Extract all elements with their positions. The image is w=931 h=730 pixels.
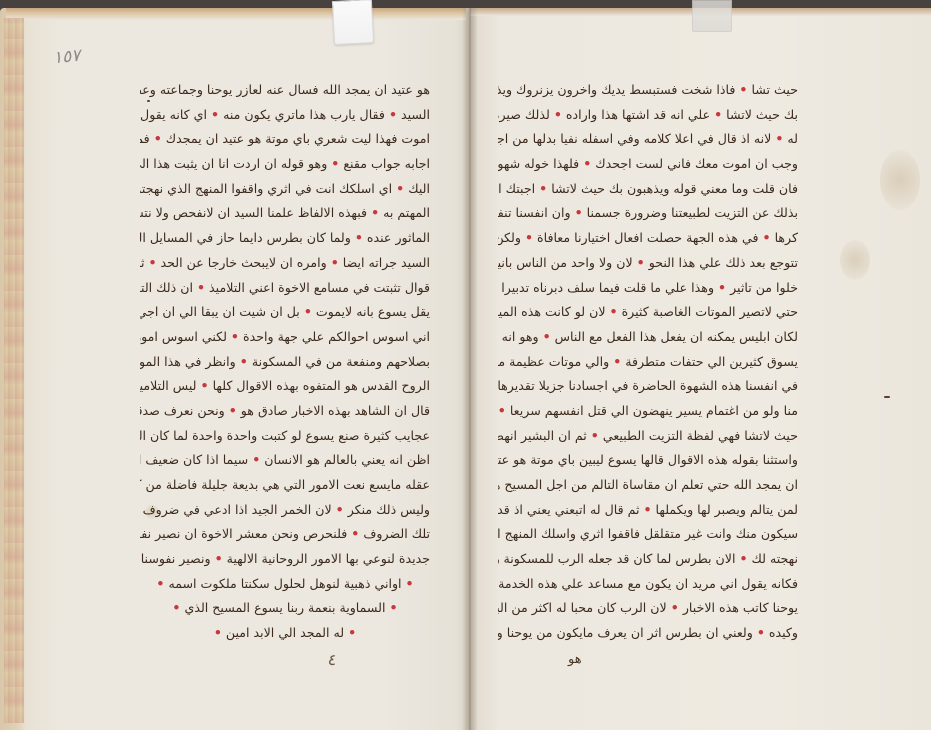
rubric-dot: • [763, 230, 771, 245]
manuscript-line: حتي لاتصير الموتات الغاصبة كثيرة • لان ل… [498, 300, 798, 325]
manuscript-line: له • لانه اذ قال في اعلا كلامه وفي اسفله… [498, 127, 798, 152]
manuscript-line: حيث تشا • فاذا شخت فستبسط يديك واخرون يز… [498, 78, 798, 103]
page-clip-secondary [692, 0, 732, 32]
manuscript-line: هو عتيد ان يمجد الله فسال عنه لعازر يوحن… [140, 78, 430, 103]
rubric-dot: • [154, 131, 162, 146]
manuscript-line: لكان ابليس يمكنه ان يفعل هذا الفعل مع ال… [498, 325, 798, 350]
manuscript-line: كرها • في هذه الجهة حصلت افعال اختيارنا … [498, 226, 798, 251]
rubric-dot: • [240, 354, 248, 369]
manuscript-line: منا ولو من اغتمام يسير ينهضون الي قتل ان… [498, 399, 798, 424]
rubric-dot: • [214, 625, 222, 640]
rubric-dot: • [643, 502, 651, 517]
manuscript-line: تتوجع بعد ذلك علي هذا النحو • لان ولا وا… [498, 251, 798, 276]
manuscript-line: اظن انه يعني بالعالم هو الانسان • سيما ا… [140, 448, 430, 473]
rubric-dot: • [396, 181, 404, 196]
manuscript-line: حيث لاتشا فهي لفظة التزيت الطبيعي • ثم ا… [498, 424, 798, 449]
rubric-dot: • [543, 329, 551, 344]
rubric-dot: • [390, 600, 398, 615]
rubric-dot: • [371, 205, 379, 220]
ink-speck [884, 396, 890, 398]
rubric-dot: • [757, 625, 765, 640]
manuscript-line: واستثنا بقوله هذه الاقوال قالها يسوع ليب… [498, 448, 798, 473]
manuscript-line: الروح القدس هو المتفوه بهذه الاقوال كلها… [140, 374, 430, 399]
left-page-text: هو عتيد ان يمجد الله فسال عنه لعازر يوحن… [140, 78, 430, 646]
manuscript-line: عجايب كثيرة صنع يسوع لو كتبت واحدة واحدة… [140, 424, 430, 449]
manuscript-line: اموت فهذا ليت شعري باي موتة هو عتيد ان ي… [140, 127, 430, 152]
rubric-dot: • [355, 230, 363, 245]
manuscript-line: يوحنا كاتب هذه الاخبار • لان الرب كان مح… [498, 596, 798, 621]
rubric-dot: • [613, 354, 621, 369]
manuscript-line: جديدة لنوعي بها الامور الروحانية الالهية… [140, 547, 430, 572]
manuscript-line: • السماوية بنعمة ربنا يسوع المسيح الذي • [140, 596, 430, 621]
rubric-dot: • [197, 280, 205, 295]
rubric-dot: • [775, 131, 783, 146]
rubric-dot: • [498, 403, 506, 418]
folio-number: ١٥٧ [52, 46, 81, 69]
left-page-top-edge [6, 8, 466, 20]
rubric-dot: • [406, 576, 414, 591]
rubric-dot: • [336, 502, 344, 517]
manuscript-line: في انفسنا هذه الشهوة الحاضرة في اجسادنا … [498, 374, 798, 399]
rubric-dot: • [525, 230, 533, 245]
right-page-text: حيث تشا • فاذا شخت فستبسط يديك واخرون يز… [498, 78, 798, 646]
rubric-dot: • [172, 600, 180, 615]
manuscript-line: فكانه يقول اني مريد ان يكون مع مساعد علي… [498, 572, 798, 597]
manuscript-line: السيد • فقال يارب هذا ماتري يكون منه • ا… [140, 103, 430, 128]
catchword: هو [568, 652, 582, 667]
rubric-dot: • [348, 625, 356, 640]
rubric-dot: • [389, 107, 397, 122]
manuscript-line: خلوا من تاثير • وهذا علي ما قلت فيما سلف… [498, 276, 798, 301]
rubric-dot: • [211, 107, 219, 122]
manuscript-line: ان يمجد الله حتي تعلم ان مقاساة التالم م… [498, 473, 798, 498]
rubric-dot: • [229, 403, 237, 418]
rubric-dot: • [539, 181, 547, 196]
rubric-dot: • [610, 304, 618, 319]
manuscript-line: لمن يتالم ويصبر لها ويكملها • ثم قال له … [498, 498, 798, 523]
paper-stain [840, 240, 870, 280]
book-gutter [462, 8, 478, 730]
manuscript-line: وكيده • ولعني ان بطرس اثر ان يعرف مايكون… [498, 621, 798, 646]
rubric-dot: • [148, 255, 156, 270]
rubric-dot: • [231, 329, 239, 344]
manuscript-line: قال ان الشاهد بهذه الاخبار صادق هو • ونح… [140, 399, 430, 424]
rubric-dot: • [739, 551, 747, 566]
page-clip [332, 0, 374, 45]
manuscript-line: وجب ان اموت معك فاني لست اجحدك • فلهذا خ… [498, 152, 798, 177]
rubric-dot: • [304, 304, 312, 319]
rubric-dot: • [671, 600, 679, 615]
rubric-dot: • [215, 551, 223, 566]
manuscript-line: تلك الضروف • فلنحرص ونحن معشر الاخوة ان … [140, 522, 430, 547]
manuscript-line: يسوق كثيرين الي حتفات متطرفة • والي موتا… [498, 350, 798, 375]
rubric-dot: • [583, 156, 591, 171]
manuscript-line: بصلاحهم ومنفعة من في المسكونة • وانظر في… [140, 350, 430, 375]
manuscript-line: فان قلت وما معني قوله ويذهبون بك حيث لات… [498, 177, 798, 202]
manuscript-line: السيد جراته ايضا • وامره ان لايبحث خارجا… [140, 251, 430, 276]
rubric-dot: • [351, 526, 359, 541]
rubric-dot: • [718, 280, 726, 295]
manuscript-line: نهجته لك • الان بطرس لما كان قد جعله الر… [498, 547, 798, 572]
manuscript-line: • له المجد الي الابد امين • [140, 621, 430, 646]
rubric-dot: • [156, 576, 164, 591]
rubric-dot: • [714, 107, 722, 122]
manuscript-line: بذلك عن التزيت لطبيعتنا وضرورة جسمنا • و… [498, 201, 798, 226]
rubric-dot: • [252, 452, 260, 467]
paper-stain [880, 150, 920, 210]
manuscript-line: سيكون منك وانت غير متقلقل فاقفوا اثري وا… [498, 522, 798, 547]
manuscript-line: المهتم به • فبهذه الالفاظ علمنا السيد ان… [140, 201, 430, 226]
manuscript-line: وليس ذلك منكر • لان الخمر الجيد اذا ادعي… [140, 498, 430, 523]
manuscript-line: بك حيث لاتشا • علي انه قد اشتها هذا وارا… [498, 103, 798, 128]
manuscript-line: يقل يسوع بانه لايموت • بل ان شيت ان يبقا… [140, 300, 430, 325]
rubric-dot: • [739, 82, 747, 97]
manuscript-line: • اواني ذهبية لنوهل لحلول سكنتا ملكوت اس… [140, 572, 430, 597]
manuscript-line: اني اسوس احوالكم علي جهة واحدة • لكني اس… [140, 325, 430, 350]
rubric-dot: • [331, 156, 339, 171]
manuscript-line: اجابه جواب مقنع • وهو قوله ان اردت انا ا… [140, 152, 430, 177]
rubric-dot: • [331, 255, 339, 270]
rubric-dot: • [201, 378, 209, 393]
manuscript-line: الماثور عنده • ولما كان بطرس دايما حاز ف… [140, 226, 430, 251]
manuscript-line: قوال تثبتت في مسامع الاخوة اعني التلاميذ… [140, 276, 430, 301]
manuscript-line: اليك • اي اسلكك انت في اثري واقفوا المنه… [140, 177, 430, 202]
rubric-dot: • [554, 107, 562, 122]
manuscript-line: عقله مايسع نعت الامور التي هي بديعة جليل… [140, 473, 430, 498]
rubric-dot: • [591, 428, 599, 443]
left-page-fore-edge [4, 18, 24, 723]
rubric-dot: • [637, 255, 645, 270]
rubric-dot: • [575, 205, 583, 220]
